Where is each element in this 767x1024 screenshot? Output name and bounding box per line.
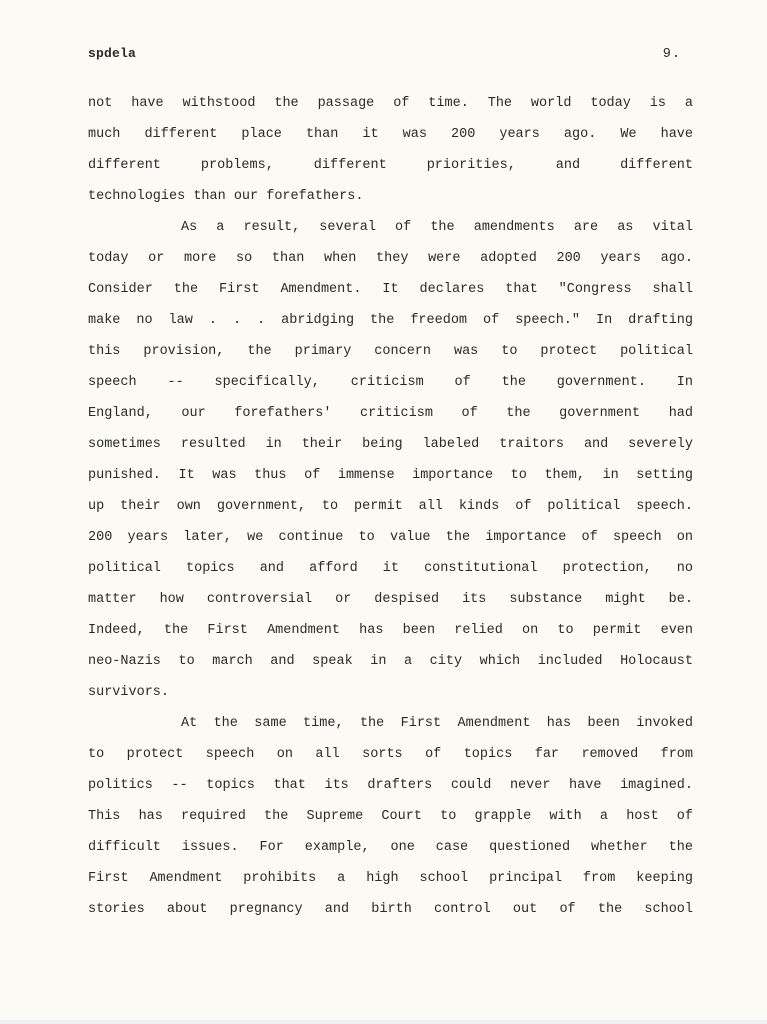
text-line: to protect speech on all sorts of topics… [88, 739, 693, 770]
text-line: survivors. [88, 677, 693, 708]
text-line: much different place than it was 200 yea… [88, 119, 693, 150]
text-line: this provision, the primary concern was … [88, 336, 693, 367]
text-line: England, our forefathers' criticism of t… [88, 398, 693, 429]
text-line: As a result, several of the amendments a… [88, 212, 693, 243]
text-line: speech -- specifically, criticism of the… [88, 367, 693, 398]
page-number: 9. [663, 47, 681, 62]
text-line: neo-Nazis to march and speak in a city w… [88, 646, 693, 677]
text-line: stories about pregnancy and birth contro… [88, 894, 693, 925]
text-line: make no law . . . abridging the freedom … [88, 305, 693, 336]
paragraph: not have withstood the passage of time. … [88, 88, 693, 212]
paragraph: As a result, several of the amendments a… [88, 212, 693, 708]
paragraph: At the same time, the First Amendment ha… [88, 708, 693, 925]
text-line: 200 years later, we continue to value th… [88, 522, 693, 553]
text-line: First Amendment prohibits a high school … [88, 863, 693, 894]
text-line: At the same time, the First Amendment ha… [88, 708, 693, 739]
text-line: sometimes resulted in their being labele… [88, 429, 693, 460]
header-author-code: spdela [88, 46, 136, 61]
text-line: matter how controversial or despised its… [88, 584, 693, 615]
text-line: political topics and afford it constitut… [88, 553, 693, 584]
body-text: not have withstood the passage of time. … [88, 88, 693, 925]
text-line: today or more so than when they were ado… [88, 243, 693, 274]
scan-bottom-edge [0, 1020, 767, 1024]
text-line: politics -- topics that its drafters cou… [88, 770, 693, 801]
text-line: punished. It was thus of immense importa… [88, 460, 693, 491]
document-page: spdela 9. not have withstood the passage… [0, 0, 767, 1024]
text-line: up their own government, to permit all k… [88, 491, 693, 522]
text-line: technologies than our forefathers. [88, 181, 693, 212]
text-line: difficult issues. For example, one case … [88, 832, 693, 863]
text-line: This has required the Supreme Court to g… [88, 801, 693, 832]
text-line: not have withstood the passage of time. … [88, 88, 693, 119]
text-line: different problems, different priorities… [88, 150, 693, 181]
text-line: Consider the First Amendment. It declare… [88, 274, 693, 305]
text-line: Indeed, the First Amendment has been rel… [88, 615, 693, 646]
